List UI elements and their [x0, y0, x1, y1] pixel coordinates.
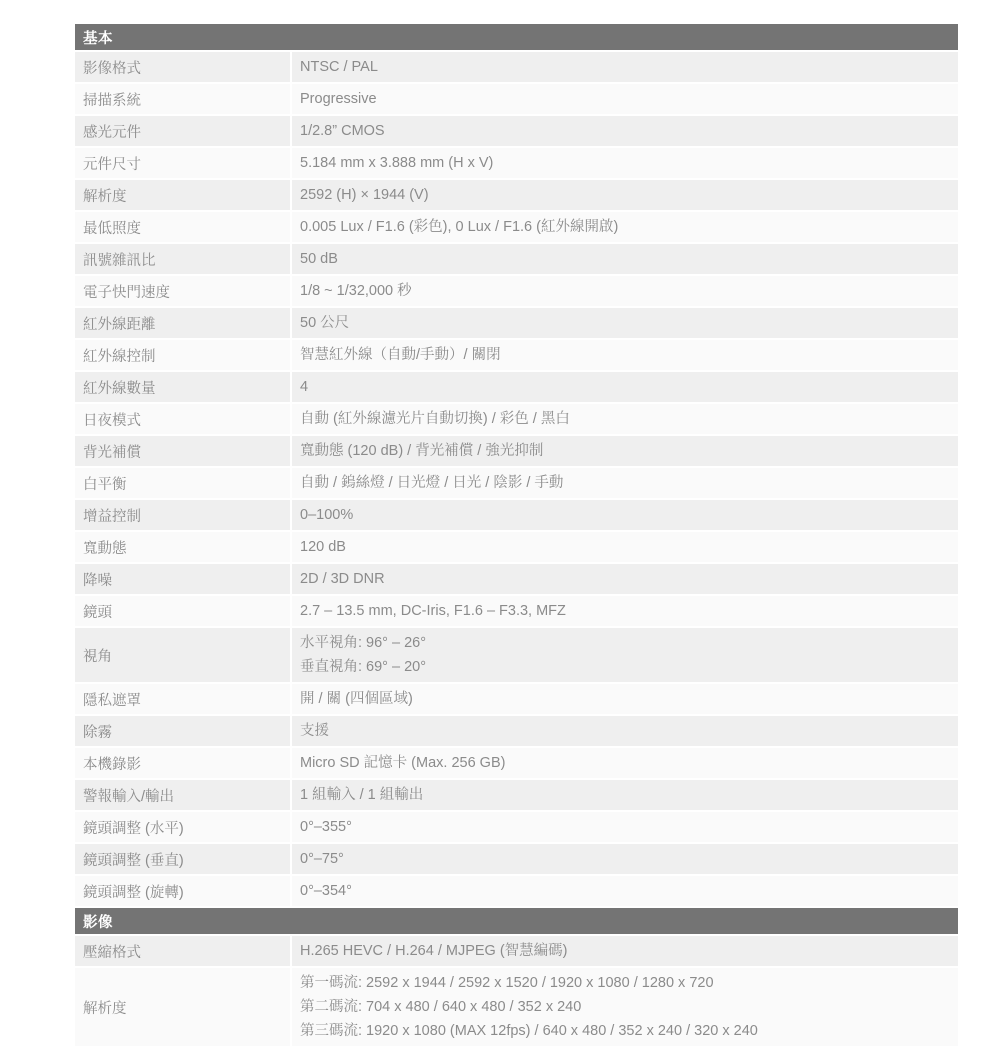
spec-value: 2592 (H) × 1944 (V) [292, 180, 958, 210]
spec-row: 本機錄影Micro SD 記憶卡 (Max. 256 GB) [75, 748, 958, 780]
spec-value: 50 dB [292, 244, 958, 274]
spec-value: 2D / 3D DNR [292, 564, 958, 594]
spec-row: 最低照度0.005 Lux / F1.6 (彩色), 0 Lux / F1.6 … [75, 212, 958, 244]
spec-value-lines: 1 組輸入 / 1 組輸出 [300, 783, 950, 807]
spec-label: 紅外線數量 [75, 372, 292, 402]
spec-value-lines: 0°–355° [300, 815, 950, 839]
spec-table: 基本影像格式NTSC / PAL掃描系統Progressive感光元件1/2.8… [75, 24, 958, 1048]
spec-row: 紅外線距離50 公尺 [75, 308, 958, 340]
spec-row: 鏡頭調整 (垂直)0°–75° [75, 844, 958, 876]
spec-label: 鏡頭調整 (水平) [75, 812, 292, 842]
spec-value-lines: H.265 HEVC / H.264 / MJPEG (智慧編碼) [300, 939, 950, 963]
spec-value-line: 2.7 – 13.5 mm, DC-Iris, F1.6 – F3.3, MFZ [300, 599, 950, 623]
spec-value-lines: 第一碼流: 2592 x 1944 / 2592 x 1520 / 1920 x… [300, 971, 950, 1043]
spec-label: 解析度 [75, 968, 292, 1046]
spec-value-line: 50 dB [300, 247, 950, 271]
spec-value-line: 開 / 關 (四個區域) [300, 687, 950, 711]
spec-row: 降噪2D / 3D DNR [75, 564, 958, 596]
spec-value-lines: 2.7 – 13.5 mm, DC-Iris, F1.6 – F3.3, MFZ [300, 599, 950, 623]
spec-row: 鏡頭調整 (旋轉)0°–354° [75, 876, 958, 908]
spec-row: 訊號雜訊比50 dB [75, 244, 958, 276]
spec-value-line: Micro SD 記憶卡 (Max. 256 GB) [300, 751, 950, 775]
spec-row: 電子快門速度1/8 ~ 1/32,000 秒 [75, 276, 958, 308]
spec-value-lines: 0–100% [300, 503, 950, 527]
spec-value-line: 2D / 3D DNR [300, 567, 950, 591]
spec-label: 鏡頭調整 (旋轉) [75, 876, 292, 906]
section-header: 影像 [75, 908, 958, 936]
spec-value-line: 2592 (H) × 1944 (V) [300, 183, 950, 207]
spec-value: 自動 (紅外線濾光片自動切換) / 彩色 / 黑白 [292, 404, 958, 434]
spec-label: 背光補償 [75, 436, 292, 466]
spec-label: 感光元件 [75, 116, 292, 146]
spec-label: 白平衡 [75, 468, 292, 498]
spec-label: 壓縮格式 [75, 936, 292, 966]
spec-row: 寬動態120 dB [75, 532, 958, 564]
spec-label: 鏡頭 [75, 596, 292, 626]
spec-label: 視角 [75, 628, 292, 682]
spec-value-lines: 1/2.8” CMOS [300, 119, 950, 143]
spec-row: 解析度2592 (H) × 1944 (V) [75, 180, 958, 212]
spec-label: 解析度 [75, 180, 292, 210]
spec-value-lines: 1/8 ~ 1/32,000 秒 [300, 279, 950, 303]
spec-value-lines: 120 dB [300, 535, 950, 559]
spec-label: 訊號雜訊比 [75, 244, 292, 274]
spec-value-lines: 50 公尺 [300, 311, 950, 335]
spec-value: 4 [292, 372, 958, 402]
spec-value-lines: NTSC / PAL [300, 55, 950, 79]
spec-label: 元件尺寸 [75, 148, 292, 178]
spec-row: 紅外線數量4 [75, 372, 958, 404]
spec-value-line: 0.005 Lux / F1.6 (彩色), 0 Lux / F1.6 (紅外線… [300, 215, 950, 239]
spec-value: 0.005 Lux / F1.6 (彩色), 0 Lux / F1.6 (紅外線… [292, 212, 958, 242]
spec-value-lines: 開 / 關 (四個區域) [300, 687, 950, 711]
spec-label: 最低照度 [75, 212, 292, 242]
section-header: 基本 [75, 24, 958, 52]
spec-value-line: 水平視角: 96° – 26° [300, 631, 950, 655]
spec-value-line: 寬動態 (120 dB) / 背光補償 / 強光抑制 [300, 439, 950, 463]
spec-value-line: 1/2.8” CMOS [300, 119, 950, 143]
spec-value-line: NTSC / PAL [300, 55, 950, 79]
spec-value-line: 自動 / 鎢絲燈 / 日光燈 / 日光 / 陰影 / 手動 [300, 471, 950, 495]
spec-value: 水平視角: 96° – 26°垂直視角: 69° – 20° [292, 628, 958, 682]
spec-label: 警報輸入/輸出 [75, 780, 292, 810]
spec-value: 自動 / 鎢絲燈 / 日光燈 / 日光 / 陰影 / 手動 [292, 468, 958, 498]
spec-value-line: 垂直視角: 69° – 20° [300, 655, 950, 679]
spec-value: 0°–355° [292, 812, 958, 842]
spec-value-line: 0–100% [300, 503, 950, 527]
spec-row: 日夜模式自動 (紅外線濾光片自動切換) / 彩色 / 黑白 [75, 404, 958, 436]
spec-value: 2.7 – 13.5 mm, DC-Iris, F1.6 – F3.3, MFZ [292, 596, 958, 626]
spec-value-line: 支援 [300, 719, 950, 743]
spec-value-lines: 0°–75° [300, 847, 950, 871]
spec-label: 隱私遮罩 [75, 684, 292, 714]
spec-row: 掃描系統Progressive [75, 84, 958, 116]
spec-value-lines: Progressive [300, 87, 950, 111]
spec-value-lines: 智慧紅外線（自動/手動）/ 關閉 [300, 343, 950, 367]
spec-value-lines: Micro SD 記憶卡 (Max. 256 GB) [300, 751, 950, 775]
spec-label: 日夜模式 [75, 404, 292, 434]
spec-value: 1 組輸入 / 1 組輸出 [292, 780, 958, 810]
spec-label: 影像格式 [75, 52, 292, 82]
spec-value: 智慧紅外線（自動/手動）/ 關閉 [292, 340, 958, 370]
spec-row: 鏡頭2.7 – 13.5 mm, DC-Iris, F1.6 – F3.3, M… [75, 596, 958, 628]
spec-value-line: H.265 HEVC / H.264 / MJPEG (智慧編碼) [300, 939, 950, 963]
spec-label: 紅外線控制 [75, 340, 292, 370]
spec-value: NTSC / PAL [292, 52, 958, 82]
spec-value-lines: 4 [300, 375, 950, 399]
spec-value: 0–100% [292, 500, 958, 530]
spec-value-lines: 自動 (紅外線濾光片自動切換) / 彩色 / 黑白 [300, 407, 950, 431]
spec-label: 紅外線距離 [75, 308, 292, 338]
spec-row: 警報輸入/輸出1 組輸入 / 1 組輸出 [75, 780, 958, 812]
spec-value-line: 50 公尺 [300, 311, 950, 335]
spec-label: 本機錄影 [75, 748, 292, 778]
spec-value: 0°–75° [292, 844, 958, 874]
spec-row: 壓縮格式H.265 HEVC / H.264 / MJPEG (智慧編碼) [75, 936, 958, 968]
spec-value: 1/8 ~ 1/32,000 秒 [292, 276, 958, 306]
spec-value-line: 第一碼流: 2592 x 1944 / 2592 x 1520 / 1920 x… [300, 971, 950, 995]
spec-value: 50 公尺 [292, 308, 958, 338]
spec-row: 隱私遮罩開 / 關 (四個區域) [75, 684, 958, 716]
spec-value-lines: 0.005 Lux / F1.6 (彩色), 0 Lux / F1.6 (紅外線… [300, 215, 950, 239]
spec-value: 支援 [292, 716, 958, 746]
spec-value-lines: 2592 (H) × 1944 (V) [300, 183, 950, 207]
spec-row: 背光補償寬動態 (120 dB) / 背光補償 / 強光抑制 [75, 436, 958, 468]
spec-value-line: 4 [300, 375, 950, 399]
spec-label: 增益控制 [75, 500, 292, 530]
spec-value: 1/2.8” CMOS [292, 116, 958, 146]
spec-value-line: 自動 (紅外線濾光片自動切換) / 彩色 / 黑白 [300, 407, 950, 431]
spec-row: 除霧支援 [75, 716, 958, 748]
spec-row: 鏡頭調整 (水平)0°–355° [75, 812, 958, 844]
spec-value-line: Progressive [300, 87, 950, 111]
spec-value-line: 120 dB [300, 535, 950, 559]
spec-row: 解析度第一碼流: 2592 x 1944 / 2592 x 1520 / 192… [75, 968, 958, 1048]
spec-value: 寬動態 (120 dB) / 背光補償 / 強光抑制 [292, 436, 958, 466]
spec-value-lines: 5.184 mm x 3.888 mm (H x V) [300, 151, 950, 175]
spec-value-lines: 50 dB [300, 247, 950, 271]
spec-value-line: 智慧紅外線（自動/手動）/ 關閉 [300, 343, 950, 367]
spec-value-lines: 寬動態 (120 dB) / 背光補償 / 強光抑制 [300, 439, 950, 463]
spec-row: 視角水平視角: 96° – 26°垂直視角: 69° – 20° [75, 628, 958, 684]
spec-value-line: 第二碼流: 704 x 480 / 640 x 480 / 352 x 240 [300, 995, 950, 1019]
spec-row: 影像格式NTSC / PAL [75, 52, 958, 84]
spec-label: 鏡頭調整 (垂直) [75, 844, 292, 874]
spec-value: H.265 HEVC / H.264 / MJPEG (智慧編碼) [292, 936, 958, 966]
spec-value-lines: 水平視角: 96° – 26°垂直視角: 69° – 20° [300, 631, 950, 679]
spec-value: 5.184 mm x 3.888 mm (H x V) [292, 148, 958, 178]
spec-row: 紅外線控制智慧紅外線（自動/手動）/ 關閉 [75, 340, 958, 372]
spec-value: 0°–354° [292, 876, 958, 906]
spec-row: 白平衡自動 / 鎢絲燈 / 日光燈 / 日光 / 陰影 / 手動 [75, 468, 958, 500]
spec-row: 感光元件1/2.8” CMOS [75, 116, 958, 148]
spec-value-line: 1 組輸入 / 1 組輸出 [300, 783, 950, 807]
spec-value-line: 0°–354° [300, 879, 950, 903]
spec-value-lines: 0°–354° [300, 879, 950, 903]
spec-value-lines: 自動 / 鎢絲燈 / 日光燈 / 日光 / 陰影 / 手動 [300, 471, 950, 495]
spec-value: Micro SD 記憶卡 (Max. 256 GB) [292, 748, 958, 778]
spec-value-line: 0°–75° [300, 847, 950, 871]
spec-value: 開 / 關 (四個區域) [292, 684, 958, 714]
spec-label: 寬動態 [75, 532, 292, 562]
spec-value-lines: 支援 [300, 719, 950, 743]
spec-label: 電子快門速度 [75, 276, 292, 306]
spec-value-line: 1/8 ~ 1/32,000 秒 [300, 279, 950, 303]
spec-label: 降噪 [75, 564, 292, 594]
spec-value: 第一碼流: 2592 x 1944 / 2592 x 1520 / 1920 x… [292, 968, 958, 1046]
spec-label: 掃描系統 [75, 84, 292, 114]
spec-label: 除霧 [75, 716, 292, 746]
spec-value-line: 5.184 mm x 3.888 mm (H x V) [300, 151, 950, 175]
spec-row: 增益控制0–100% [75, 500, 958, 532]
spec-value: Progressive [292, 84, 958, 114]
spec-value-line: 第三碼流: 1920 x 1080 (MAX 12fps) / 640 x 48… [300, 1019, 950, 1043]
spec-row: 元件尺寸5.184 mm x 3.888 mm (H x V) [75, 148, 958, 180]
spec-value-lines: 2D / 3D DNR [300, 567, 950, 591]
spec-value: 120 dB [292, 532, 958, 562]
spec-value-line: 0°–355° [300, 815, 950, 839]
